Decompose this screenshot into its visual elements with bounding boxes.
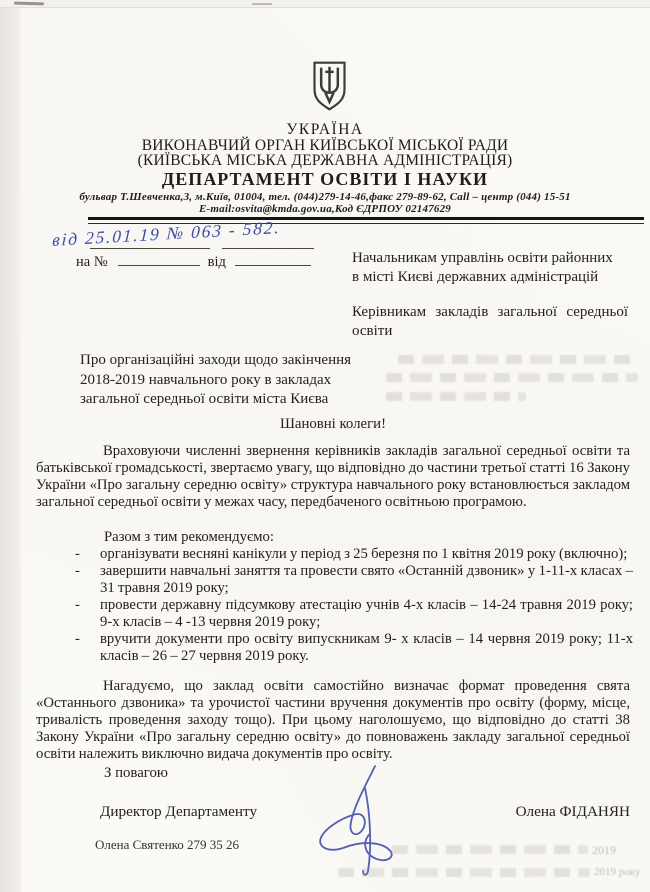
address-line: бульвар Т.Шевченка,3, м.Київ, 01004, тел… [0,191,650,203]
subject-block: Про організаційні заходи щодо закінчення… [80,351,351,410]
body-paragraph-2: Разом з тим рекомендуємо: [104,529,274,546]
bleedthrough-line [386,392,526,401]
salutation: Шановні колеги! [36,416,630,433]
dash-marker: - [75,597,100,631]
body-paragraph-1: Враховуючи численні звернення керівників… [36,443,630,511]
body-paragraph-3: Нагадуємо, що заклад освіти самостійно в… [36,678,630,763]
executor-contact: Олена Святенко 279 35 26 [95,837,239,853]
bleedthrough-line [386,373,638,382]
list-item-text: завершити навчальні заняття та провести … [100,563,633,597]
dash-marker: - [75,631,100,665]
recipient-line2: в місті Києві державних адміністрацій [352,269,598,286]
subject-line3: загальної середньої освіти міста Києва [80,390,351,410]
subject-line1: Про організаційні заходи щодо закінчення [80,351,351,371]
list-item-text: провести державну підсумкову атестацію у… [100,597,633,631]
vid-label: від [208,254,226,270]
recommendations-list: - організувати весняні канікули у період… [36,546,633,665]
signer-name: Олена ФІДАНЯН [36,803,630,821]
bleedthrough-line [392,845,588,854]
subject-line2: 2018-2019 навчального року в закладах [80,371,351,391]
reply-ref-row: на №від [76,252,311,271]
list-item: - організувати весняні канікули у період… [36,546,633,563]
bleedthrough-fragment: 2019 року [594,866,640,878]
department-name: ДЕПАРТАМЕНТ ОСВІТИ І НАУКИ [0,169,650,190]
ukraine-trident-emblem-icon [311,61,348,111]
number-blank-line [222,247,314,249]
na-number-label: на № [76,254,108,270]
list-item-text: організувати весняні канікули у період з… [100,546,633,563]
dash-marker: - [75,546,100,563]
handwritten-signature [312,764,414,880]
scanned-letter-page: УКРАЇНА ВИКОНАВЧИЙ ОРГАН КИЇВСЬКОЇ МІСЬК… [0,0,650,892]
bleedthrough-line [338,868,590,877]
org-name-line2: (КИЇВСЬКА МІСЬКА ДЕРЖАВНА АДМІНІСТРАЦІЯ) [0,152,650,170]
reply-date-blank [235,252,311,266]
bleedthrough-fragment: 2019 [592,843,616,858]
closing-phrase: З повагою [104,765,168,782]
dash-marker: - [75,563,100,597]
bleedthrough-line [398,355,638,364]
email-edrpou-line: E-mail:osvita@kmda.gov.ua,Код ЄДРПОУ 021… [0,203,650,215]
list-item-text: вручити документи про освіту випускникам… [100,631,633,665]
recipient-block2: Керівникам закладів загальної середньої … [352,303,628,341]
list-item: - вручити документи про освіту випускник… [36,631,633,665]
scan-top-mark [252,3,272,5]
list-item: - провести державну підсумкову атестацію… [36,597,633,631]
recipient-line1: Начальникам управлінь освіти районних [352,250,613,267]
scan-top-band [0,0,650,8]
reply-number-blank [118,252,200,266]
list-item: - завершити навчальні заняття та провест… [36,563,633,597]
